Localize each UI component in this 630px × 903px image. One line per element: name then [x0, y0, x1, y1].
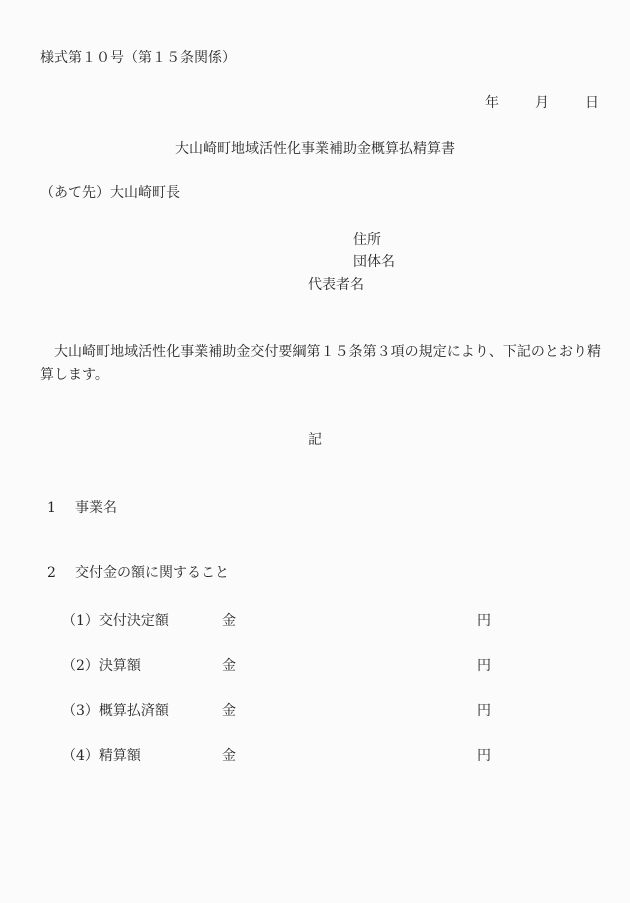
item-number: 2 [47, 563, 75, 583]
currency-prefix-label: 金 [222, 746, 236, 766]
applicant-address-label: 住所 [353, 230, 381, 250]
amount-row-label: （1）交付決定額 [62, 611, 169, 631]
amount-row-label: （3）概算払済額 [62, 701, 169, 721]
amount-row-final-settlement: （4）精算額 金 円 [0, 746, 630, 766]
amount-row-provisional-paid: （3）概算払済額 金 円 [0, 701, 630, 721]
date-day-label: 日 [585, 93, 599, 113]
amount-row-label: （4）精算額 [62, 746, 141, 766]
date-month-label: 月 [535, 93, 549, 113]
amount-row-label: （2）決算額 [62, 656, 141, 676]
currency-suffix-label: 円 [477, 701, 491, 721]
currency-suffix-label: 円 [477, 656, 491, 676]
date-year-label: 年 [485, 93, 499, 113]
item-number: 1 [47, 498, 75, 518]
section-separator: 記 [0, 430, 630, 450]
body-paragraph: 大山崎町地域活性化事業補助金交付要綱第１５条第３項の規定により、下記のとおり精算… [40, 341, 601, 387]
currency-prefix-label: 金 [222, 701, 236, 721]
currency-suffix-label: 円 [477, 611, 491, 631]
amount-row-grant-decision: （1）交付決定額 金 円 [0, 611, 630, 631]
item-label: 交付金の額に関すること [75, 565, 229, 581]
item-grant-amount: 2交付金の額に関すること [47, 563, 229, 583]
document-title: 大山崎町地域活性化事業補助金概算払精算書 [0, 139, 630, 159]
item-label: 事業名 [75, 500, 117, 516]
addressee: （あて先）大山崎町長 [40, 183, 180, 203]
amount-row-settlement: （2）決算額 金 円 [0, 656, 630, 676]
item-project-name: 1事業名 [47, 498, 117, 518]
currency-prefix-label: 金 [222, 611, 236, 631]
applicant-representative-label: 代表者名 [308, 275, 364, 295]
form-number: 様式第１０号（第１５条関係） [40, 48, 236, 68]
applicant-organization-label: 団体名 [353, 252, 395, 272]
currency-suffix-label: 円 [477, 746, 491, 766]
currency-prefix-label: 金 [222, 656, 236, 676]
document-page: 様式第１０号（第１５条関係） 年 月 日 大山崎町地域活性化事業補助金概算払精算… [0, 0, 630, 903]
